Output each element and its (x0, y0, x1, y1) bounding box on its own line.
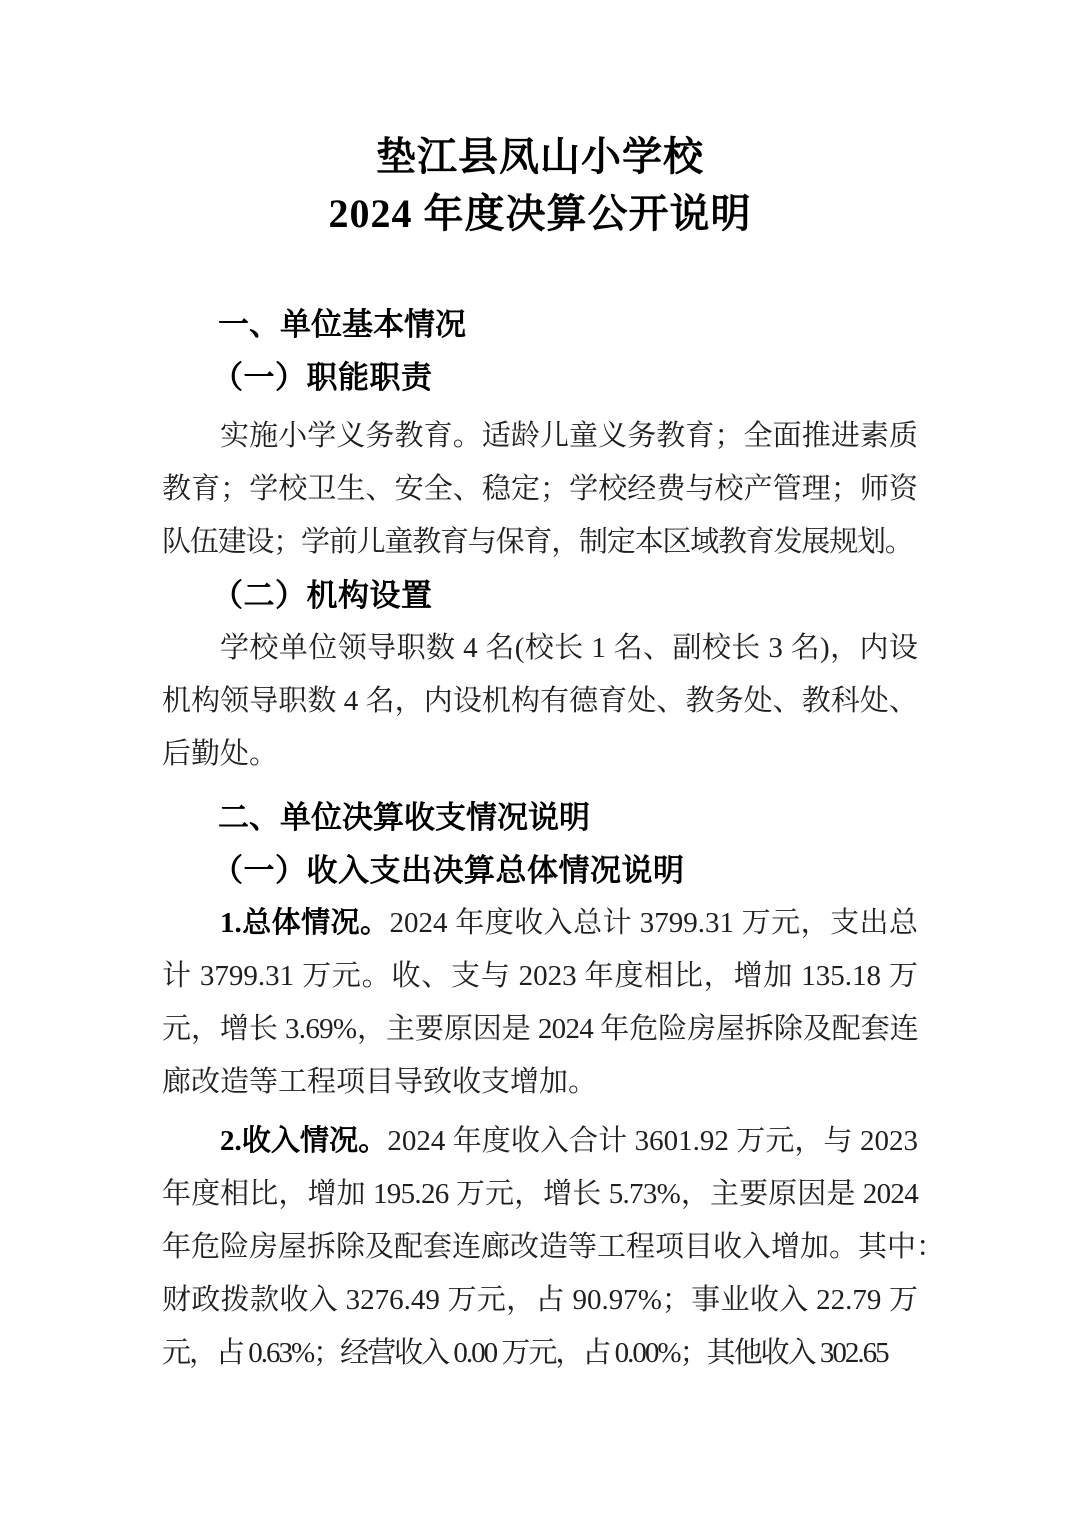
paragraph-overall-line-text: 2024 年度收入总计 3799.31 万元，支出总 (390, 907, 918, 939)
paragraph-overall-line: 元，增长 3.69%，主要原因是 2024 年危险房屋拆除及配套连 (162, 1003, 918, 1056)
document-content: 垫江县凤山小学校 2024 年度决算公开说明 一、单位基本情况 （一）职能职责 … (162, 0, 918, 1380)
paragraph-organization-line: 学校单位领导职数 4 名(校长 1 名、副校长 3 名)，内设 (162, 622, 918, 675)
section-heading-budget-statement: 二、单位决算收支情况说明 (162, 791, 918, 844)
section-heading-basic-info: 一、单位基本情况 (162, 298, 918, 351)
paragraph-income-line: 2.收入情况。2024 年度收入合计 3601.92 万元，与 2023 (162, 1115, 918, 1168)
document-title-line-2: 2024 年度决算公开说明 (162, 185, 918, 242)
subsection-heading-overall-statement: （一）收入支出决算总体情况说明 (162, 844, 918, 897)
paragraph-overall-line: 廊改造等工程项目导致收支增加。 (162, 1056, 918, 1109)
paragraph-duties-line: 教育；学校卫生、安全、稳定；学校经费与校产管理；师资 (162, 463, 918, 516)
paragraph-overall: 1.总体情况。2024 年度收入总计 3799.31 万元，支出总 计 3799… (162, 897, 918, 1109)
paragraph-duties-line: 队伍建设；学前儿童教育与保育，制定本区域教育发展规划。 (162, 516, 918, 569)
paragraph-organization: 学校单位领导职数 4 名(校长 1 名、副校长 3 名)，内设 机构领导职数 4… (162, 622, 918, 781)
paragraph-duties: 实施小学义务教育。适龄儿童义务教育；全面推进素质 教育；学校卫生、安全、稳定；学… (162, 410, 918, 569)
paragraph-income-lead: 2.收入情况。 (220, 1125, 387, 1157)
paragraph-organization-line: 后勤处。 (162, 728, 918, 781)
paragraph-overall-line: 计 3799.31 万元。收、支与 2023 年度相比，增加 135.18 万 (162, 950, 918, 1003)
paragraph-organization-line: 机构领导职数 4 名，内设机构有德育处、教务处、教科处、 (162, 675, 918, 728)
paragraph-income-line: 年度相比，增加 195.26 万元，增长 5.73%，主要原因是 2024 (162, 1168, 918, 1221)
paragraph-income-line-text: 2024 年度收入合计 3601.92 万元，与 2023 (387, 1125, 918, 1157)
paragraph-overall-lead: 1.总体情况。 (220, 907, 390, 939)
subsection-heading-organization: （二）机构设置 (162, 569, 918, 622)
paragraph-income-line: 财政拨款收入 3276.49 万元，占 90.97%；事业收入 22.79 万 (162, 1274, 918, 1327)
paragraph-income: 2.收入情况。2024 年度收入合计 3601.92 万元，与 2023 年度相… (162, 1115, 918, 1380)
document-title-line-1: 垫江县凤山小学校 (162, 128, 918, 185)
paragraph-income-line: 元，占 0.63%；经营收入 0.00 万元，占 0.00%；其他收入 302.… (162, 1327, 918, 1380)
document-page: 垫江县凤山小学校 2024 年度决算公开说明 一、单位基本情况 （一）职能职责 … (0, 0, 1075, 1520)
paragraph-income-line: 年危险房屋拆除及配套连廊改造等工程项目收入增加。其中： (162, 1221, 918, 1274)
document-title: 垫江县凤山小学校 2024 年度决算公开说明 (162, 128, 918, 242)
paragraph-overall-line: 1.总体情况。2024 年度收入总计 3799.31 万元，支出总 (162, 897, 918, 950)
paragraph-duties-line: 实施小学义务教育。适龄儿童义务教育；全面推进素质 (162, 410, 918, 463)
subsection-heading-duties: （一）职能职责 (162, 351, 918, 404)
